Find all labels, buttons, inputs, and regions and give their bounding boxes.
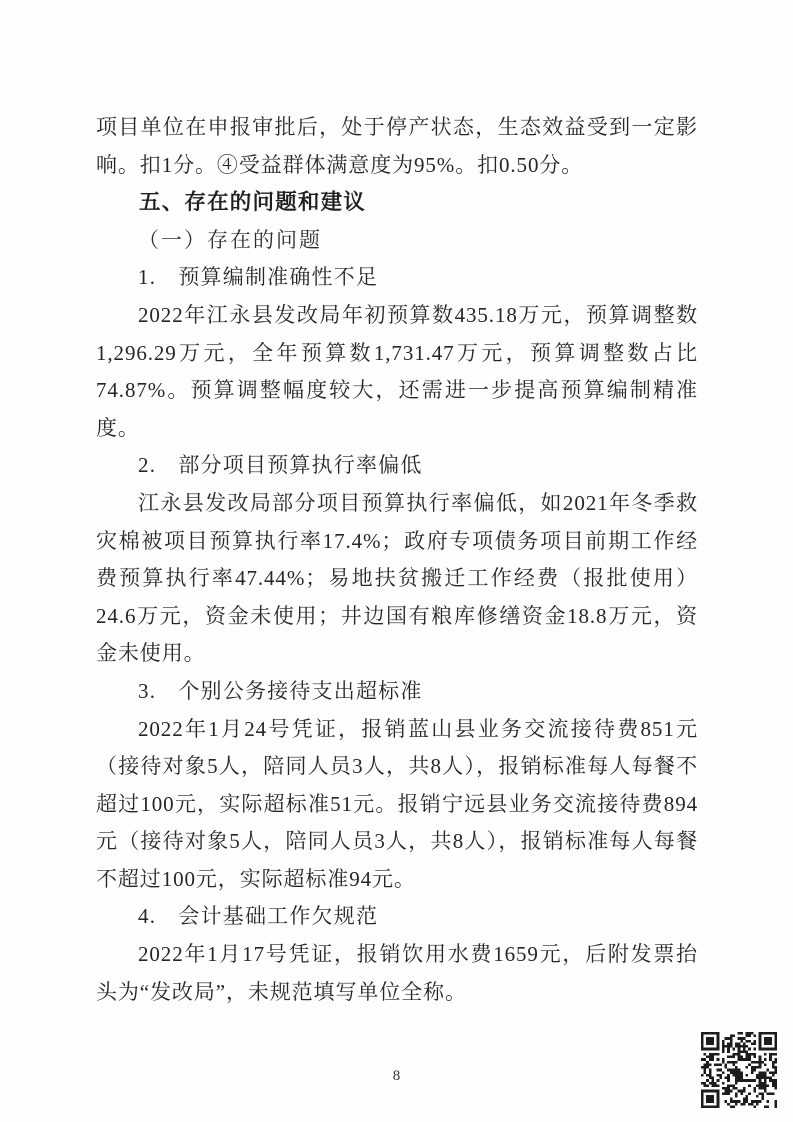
issue-4-body: 2022年1月17号凭证，报销饮用水费1659元，后附发票抬头为“发改局”，未规…: [96, 936, 698, 1011]
issue-2-title: 2. 部分项目预算执行率偏低: [96, 447, 698, 485]
page-number: 8: [0, 1068, 793, 1085]
issue-3-title: 3. 个别公务接待支出超标准: [96, 673, 698, 711]
qr-code: [701, 1032, 777, 1108]
document-page: 项目单位在申报审批后，处于停产状态，生态效益受到一定影响。扣1分。④受益群体满意…: [0, 0, 793, 1122]
section-heading: 五、存在的问题和建议: [96, 184, 698, 222]
subsection-heading: （一）存在的问题: [96, 222, 698, 260]
issue-1-title: 1. 预算编制准确性不足: [96, 259, 698, 297]
issue-3-body: 2022年1月24号凭证，报销蓝山县业务交流接待费851元（接待对象5人，陪同人…: [96, 711, 698, 899]
issue-2-body: 江永县发改局部分项目预算执行率偏低，如2021年冬季救灾棉被项目预算执行率17.…: [96, 485, 698, 673]
issue-1-body: 2022年江永县发改局年初预算数435.18万元，预算调整数1,296.29万元…: [96, 297, 698, 447]
paragraph-continuation: 项目单位在申报审批后，处于停产状态，生态效益受到一定影响。扣1分。④受益群体满意…: [96, 109, 698, 184]
document-text-block: 项目单位在申报审批后，处于停产状态，生态效益受到一定影响。扣1分。④受益群体满意…: [96, 109, 698, 1011]
issue-4-title: 4. 会计基础工作欠规范: [96, 898, 698, 936]
